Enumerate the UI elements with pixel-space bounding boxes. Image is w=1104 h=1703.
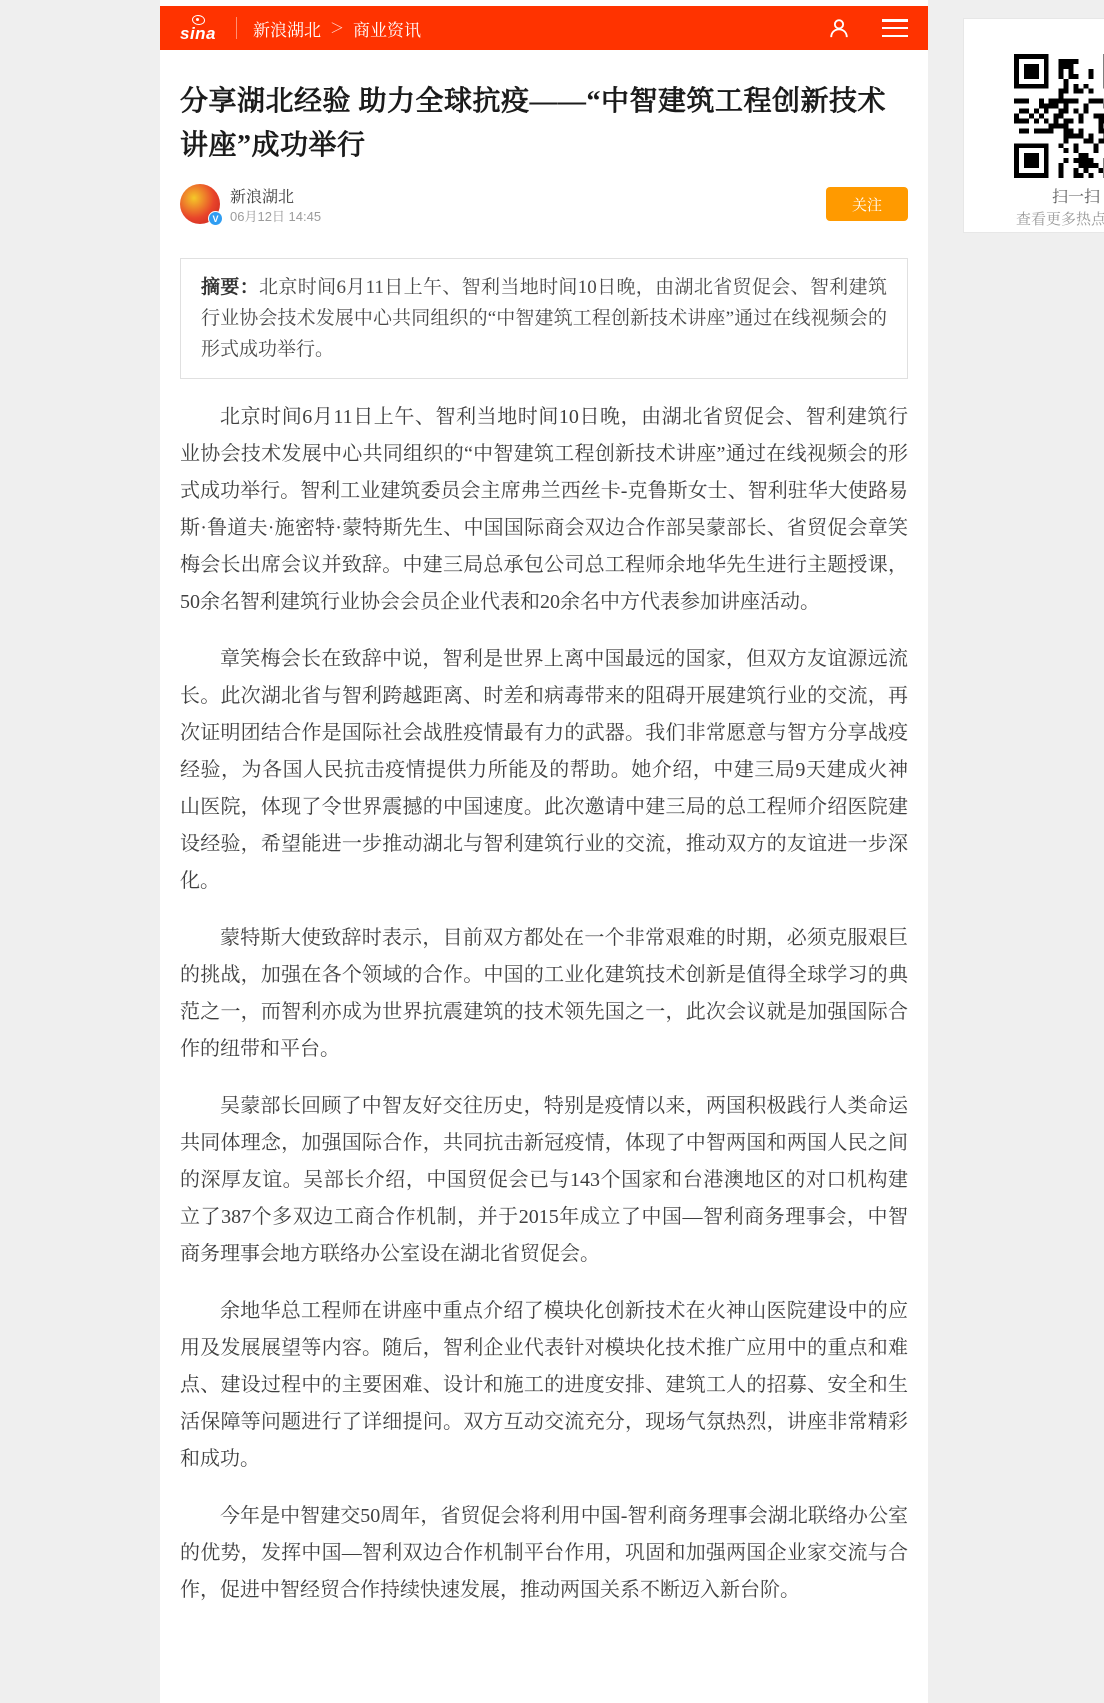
sina-eye-icon	[190, 14, 206, 24]
article-paragraphs: 北京时间6月11日上午、智利当地时间10日晚，由湖北省贸促会、智利建筑行业协会技…	[180, 399, 908, 1609]
qr-code-svg	[1014, 54, 1104, 178]
article-paragraph: 今年是中智建交50周年，省贸促会将利用中国-智利商务理事会湖北联络办公室的优势，…	[180, 1498, 908, 1609]
author-row: V 新浪湖北 06月12日 14:45 关注	[180, 182, 908, 226]
breadcrumb-section-link[interactable]: 商业资讯	[353, 16, 421, 41]
qr-code	[1014, 54, 1104, 178]
article-body: 分享湖北经验 助力全球抗疫——“中智建筑工程创新技术讲座”成功举行 V 新浪湖北…	[160, 50, 928, 1609]
summary-label: 摘要：	[201, 277, 259, 298]
article-paragraph: 蒙特斯大使致辞时表示，目前双方都处在一个非常艰难的时期，必须克服艰巨的挑战，加强…	[180, 920, 908, 1068]
breadcrumb-site-link[interactable]: 新浪湖北	[253, 16, 321, 41]
user-profile-icon[interactable]	[828, 17, 850, 39]
sina-logo-text: sina	[180, 25, 216, 42]
top-navigation-bar: sina 新浪湖北 ＞ 商业资讯	[160, 6, 928, 50]
follow-button[interactable]: 关注	[826, 187, 908, 221]
qr-caption-more: 查看更多热点资讯	[976, 208, 1104, 229]
qr-caption-scan: 扫一扫	[976, 184, 1104, 207]
verified-badge-icon: V	[208, 211, 223, 226]
sina-logo[interactable]: sina	[180, 14, 216, 42]
article-paragraph: 吴蒙部长回顾了中智友好交往历史，特别是疫情以来，两国积极践行人类命运共同体理念，…	[180, 1088, 908, 1273]
author-avatar[interactable]: V	[180, 184, 220, 224]
hamburger-menu-icon[interactable]	[882, 19, 908, 37]
qr-hotspots-card: 扫一扫 查看更多热点资讯	[963, 18, 1104, 233]
article-paragraph: 北京时间6月11日上午、智利当地时间10日晚，由湖北省贸促会、智利建筑行业协会技…	[180, 399, 908, 621]
main-column: sina 新浪湖北 ＞ 商业资讯 分享湖北经验 助力全球抗疫——“中智建筑工程创…	[160, 0, 928, 1703]
publish-date: 06月12日 14:45	[230, 206, 321, 225]
summary-text: 北京时间6月11日上午、智利当地时间10日晚，由湖北省贸促会、智利建筑行业协会技…	[201, 277, 887, 360]
header-divider	[236, 17, 237, 39]
article-paragraph: 余地华总工程师在讲座中重点介绍了模块化创新技术在火神山医院建设中的应用及发展展望…	[180, 1293, 908, 1478]
author-name[interactable]: 新浪湖北	[230, 184, 294, 207]
breadcrumb-separator: ＞	[330, 18, 344, 38]
article-title: 分享湖北经验 助力全球抗疫——“中智建筑工程创新技术讲座”成功举行	[180, 80, 908, 168]
article-summary: 摘要：北京时间6月11日上午、智利当地时间10日晚，由湖北省贸促会、智利建筑行业…	[180, 258, 908, 379]
article-paragraph: 章笑梅会长在致辞中说，智利是世界上离中国最远的国家，但双方友谊源远流长。此次湖北…	[180, 641, 908, 900]
